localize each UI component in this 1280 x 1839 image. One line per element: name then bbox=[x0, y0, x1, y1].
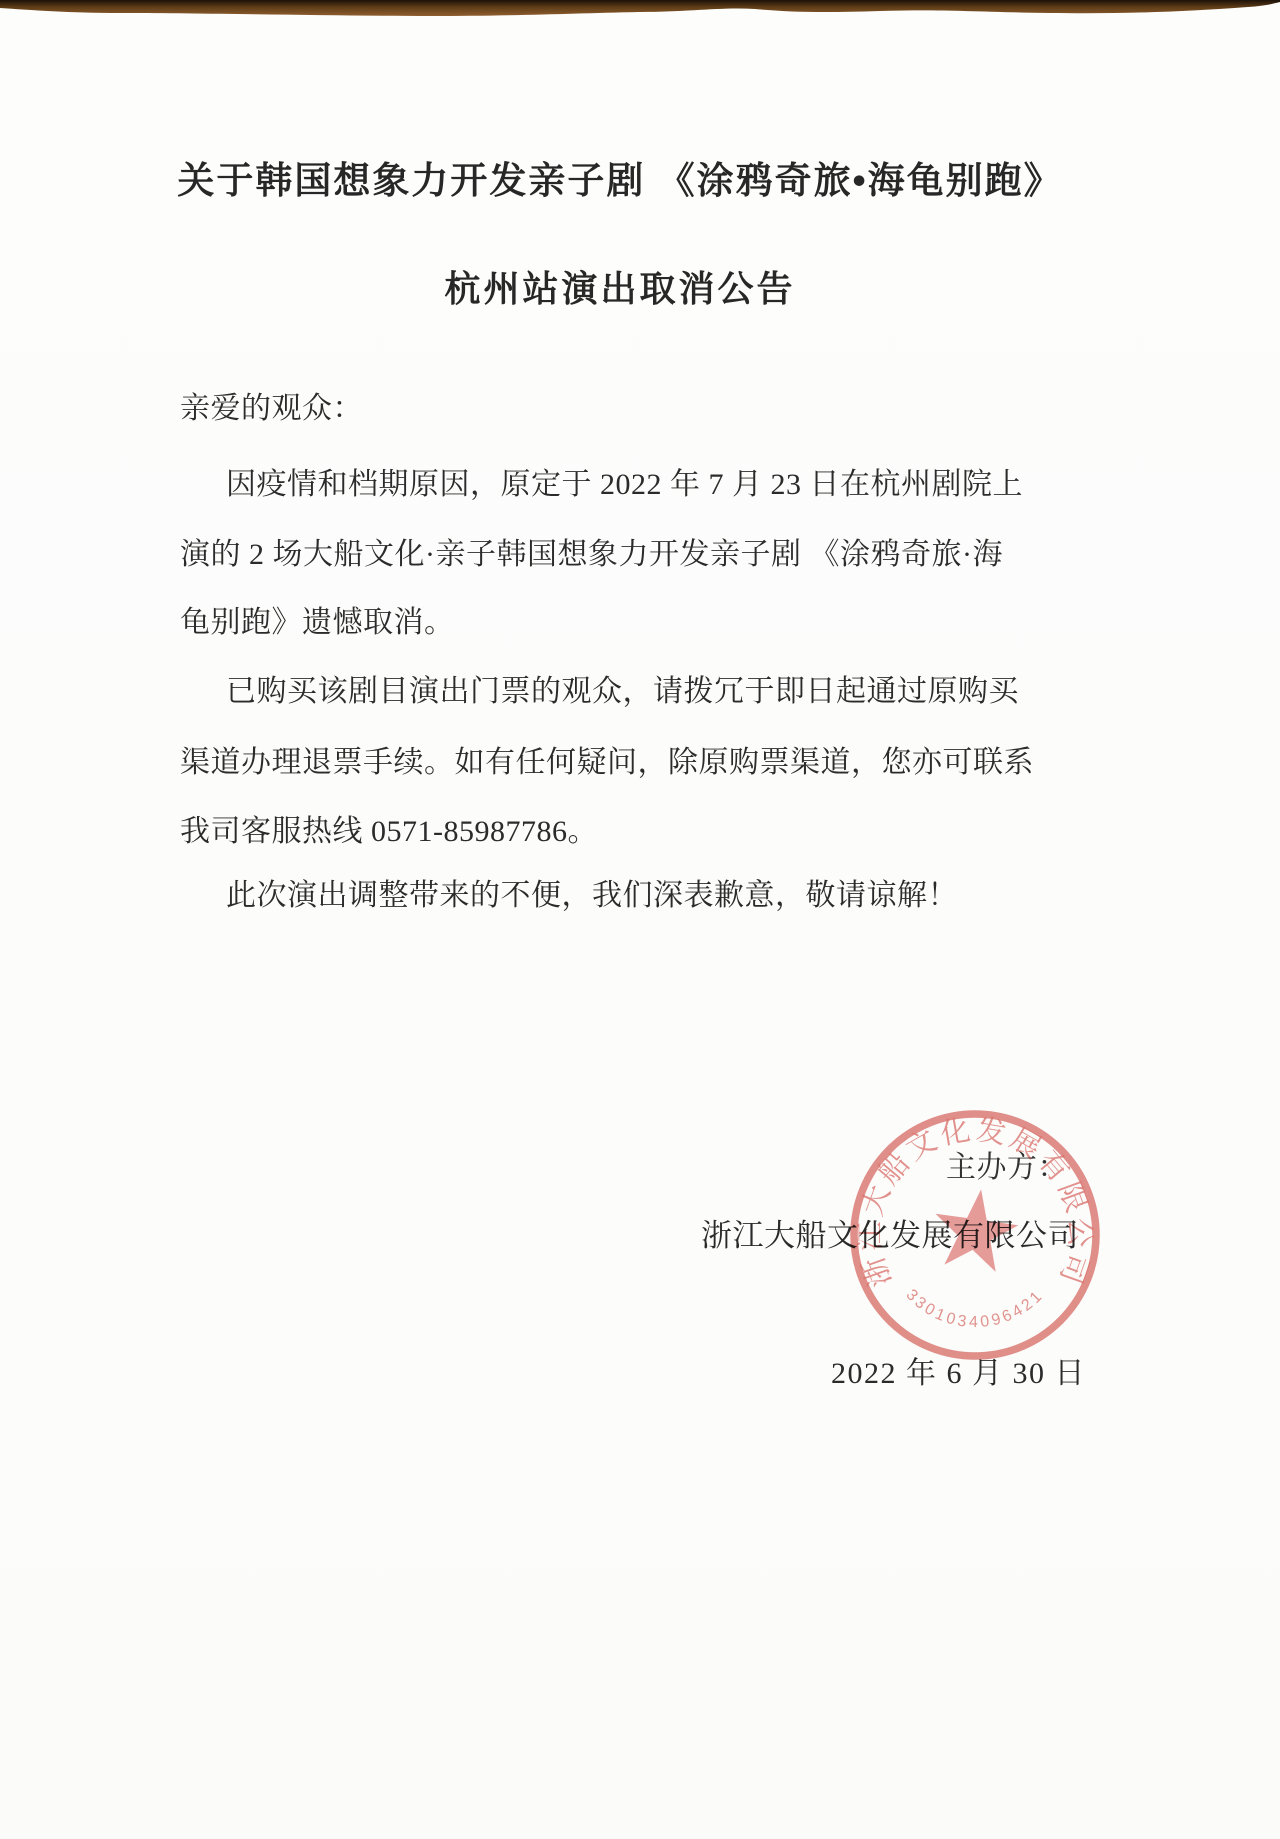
salutation: 亲爱的观众： bbox=[180, 383, 363, 427]
company-seal: 浙江大船文化发展有限公司 3301034096421 bbox=[835, 1095, 1115, 1375]
body-line: 我司客服热线 0571-85987786。 bbox=[180, 806, 598, 850]
document-title: 关于韩国想象力开发亲子剧 《涂鸦奇旅•海龟别跑》 杭州站演出取消公告 bbox=[90, 150, 1150, 312]
body-line: 龟别跑》遗憾取消。 bbox=[180, 597, 455, 641]
announcement-document: 关于韩国想象力开发亲子剧 《涂鸦奇旅•海龟别跑》 杭州站演出取消公告 亲爱的观众… bbox=[0, 0, 1280, 1839]
seal-serial-number: 3301034096421 bbox=[903, 1286, 1048, 1331]
scan-edge-artifact bbox=[0, 0, 1280, 26]
body-line: 演的 2 场大船文化·亲子韩国想象力开发亲子剧 《涂鸦奇旅·海 bbox=[180, 529, 1003, 573]
body-line: 此次演出调整带来的不便，我们深表歉意，敬请谅解！ bbox=[226, 870, 958, 914]
document-title-line-2: 杭州站演出取消公告 bbox=[90, 261, 1150, 312]
body-line: 因疫情和档期原因，原定于 2022 年 7 月 23 日在杭州剧院上 bbox=[226, 459, 1023, 503]
body-line: 渠道办理退票手续。如有任何疑问，除原购票渠道，您亦可联系 bbox=[180, 737, 1034, 781]
document-title-line-1: 关于韩国想象力开发亲子剧 《涂鸦奇旅•海龟别跑》 bbox=[90, 150, 1150, 204]
body-line: 已购买该剧目演出门票的观众，请拨冗于即日起通过原购买 bbox=[226, 666, 1019, 710]
seal-star-icon bbox=[929, 1184, 1023, 1274]
